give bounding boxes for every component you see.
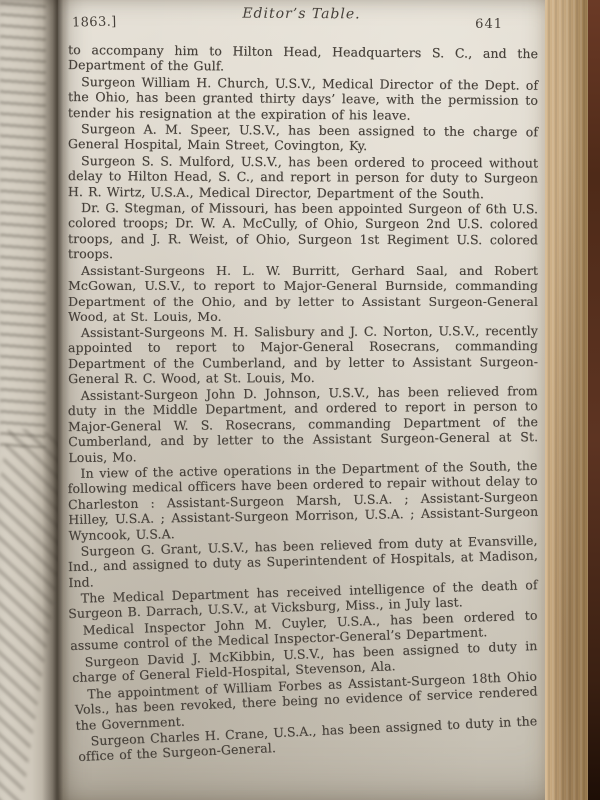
header-page-number: 641 [475,17,503,32]
paragraph-6: Assistant-Surgeons H. L. W. Burritt, Ger… [68,263,538,325]
paragraph-7: Assistant-Surgeons M. H. Salisbury and J… [68,323,538,387]
paragraph-9: In view of the active operations in the … [67,458,538,543]
book-page-photo: 1863.] Editor’s Table. 641 to accompany … [0,0,600,800]
paragraph-1: to accompany him to Hilton Head, Headqua… [68,42,538,77]
page-fore-edges [544,0,591,800]
page-title: Editor’s Table. [58,4,545,23]
paragraph-2: Surgeon William H. Church, U.S.V., Medic… [68,74,538,124]
page-header: 1863.] Editor’s Table. 641 [58,0,545,40]
paragraph-4: Surgeon S. S. Mulford, U.S.V., has been … [68,153,538,202]
scanned-page: 1863.] Editor’s Table. 641 to accompany … [58,0,545,800]
page-body: to accompany him to Hilton Head, Headqua… [58,40,545,765]
paragraph-8: Assistant-Surgeon John D. Johnson, U.S.V… [68,383,539,465]
book-cover-edge [588,0,600,800]
paragraph-3: Surgeon A. M. Speer, U.S.V., has been as… [68,121,538,155]
paragraph-5: Dr. G. Stegman, of Missouri, has been ap… [68,200,538,263]
gutter-shadow [42,0,70,800]
